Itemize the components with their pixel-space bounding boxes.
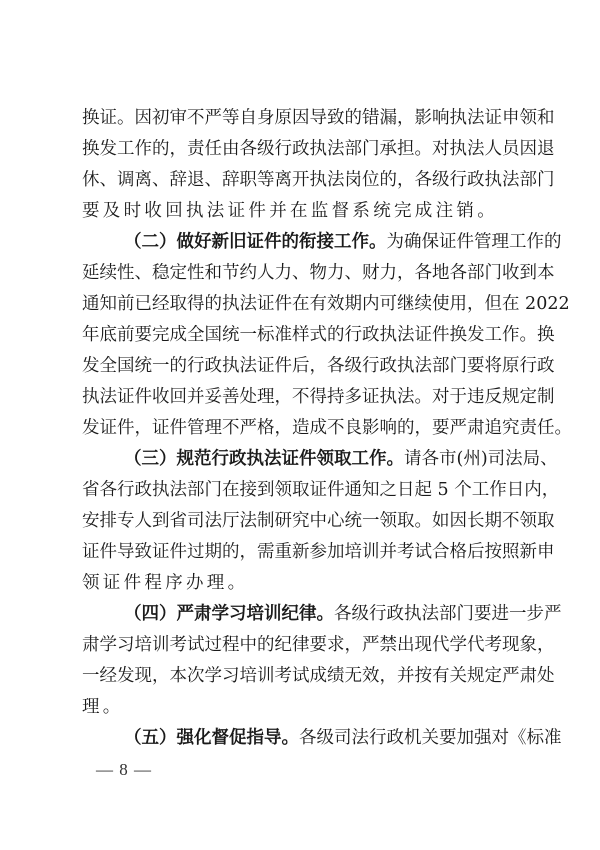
paragraph-heading-line-3: （三）规范行政执法证件领取工作。请各市(州)司法局、: [82, 444, 524, 475]
text-line: 省各行政执法部门在接到领取证件通知之日起 5 个工作日内，: [82, 475, 524, 506]
text-line: 理。: [82, 692, 524, 723]
text-line: 发证件，证件管理不严格，造成不良影响的，要严肃追究责任。: [82, 413, 524, 444]
section-heading-3: （三）规范行政执法证件领取工作。: [124, 449, 404, 469]
text-fragment: 各级行政执法部门要进一步严: [334, 604, 562, 624]
document-page: 换证。因初审不严等自身原因导致的错漏，影响执法证申领和 换发工作的，责任由各级行…: [0, 0, 600, 850]
text-line: 证件导致证件过期的，需重新参加培训并考试合格后按照新申: [82, 537, 524, 568]
paragraph-heading-line-5: （五）强化督促指导。各级司法行政机关要加强对《标准: [82, 723, 524, 754]
text-line: 要及时收回执法证件并在监督系统完成注销。: [82, 196, 524, 227]
text-line: 一经发现，本次学习培训考试成绩无效，并按有关规定严肃处: [82, 661, 524, 692]
paragraph-heading-line-2: （二）做好新旧证件的衔接工作。为确保证件管理工作的: [82, 227, 524, 258]
section-heading-4: （四）严肃学习培训纪律。: [124, 604, 334, 624]
text-line: 延续性、稳定性和节约人力、物力、财力，各地各部门收到本: [82, 258, 524, 289]
text-line: 通知前已经取得的执法证件在有效期内可继续使用，但在 2022: [82, 289, 524, 320]
page-number: — 8 —: [96, 760, 152, 780]
section-heading-5: （五）强化督促指导。: [124, 728, 299, 748]
text-line: 发全国统一的行政执法证件后，各级行政执法部门要将原行政: [82, 351, 524, 382]
text-fragment: 请各市(州)司法局、: [404, 449, 558, 469]
text-line: 换发工作的，责任由各级行政执法部门承担。对执法人员因退: [82, 134, 524, 165]
document-body: 换证。因初审不严等自身原因导致的错漏，影响执法证申领和 换发工作的，责任由各级行…: [82, 103, 524, 754]
section-heading-2: （二）做好新旧证件的衔接工作。: [124, 232, 387, 252]
text-line: 安排专人到省司法厅法制研究中心统一领取。如因长期不领取: [82, 506, 524, 537]
text-fragment: 各级司法行政机关要加强对《标准: [299, 728, 562, 748]
text-line: 肃学习培训考试过程中的纪律要求，严禁出现代学代考现象，: [82, 630, 524, 661]
text-line: 领证件程序办理。: [82, 568, 524, 599]
text-line: 年底前要完成全国统一标准样式的行政执法证件换发工作。换: [82, 320, 524, 351]
text-line: 休、调离、辞退、辞职等离开执法岗位的，各级行政执法部门: [82, 165, 524, 196]
text-fragment: 为确保证件管理工作的: [387, 232, 562, 252]
text-line: 执法证件收回并妥善处理，不得持多证执法。对于违反规定制: [82, 382, 524, 413]
paragraph-heading-line-4: （四）严肃学习培训纪律。各级行政执法部门要进一步严: [82, 599, 524, 630]
text-line: 换证。因初审不严等自身原因导致的错漏，影响执法证申领和: [82, 103, 524, 134]
